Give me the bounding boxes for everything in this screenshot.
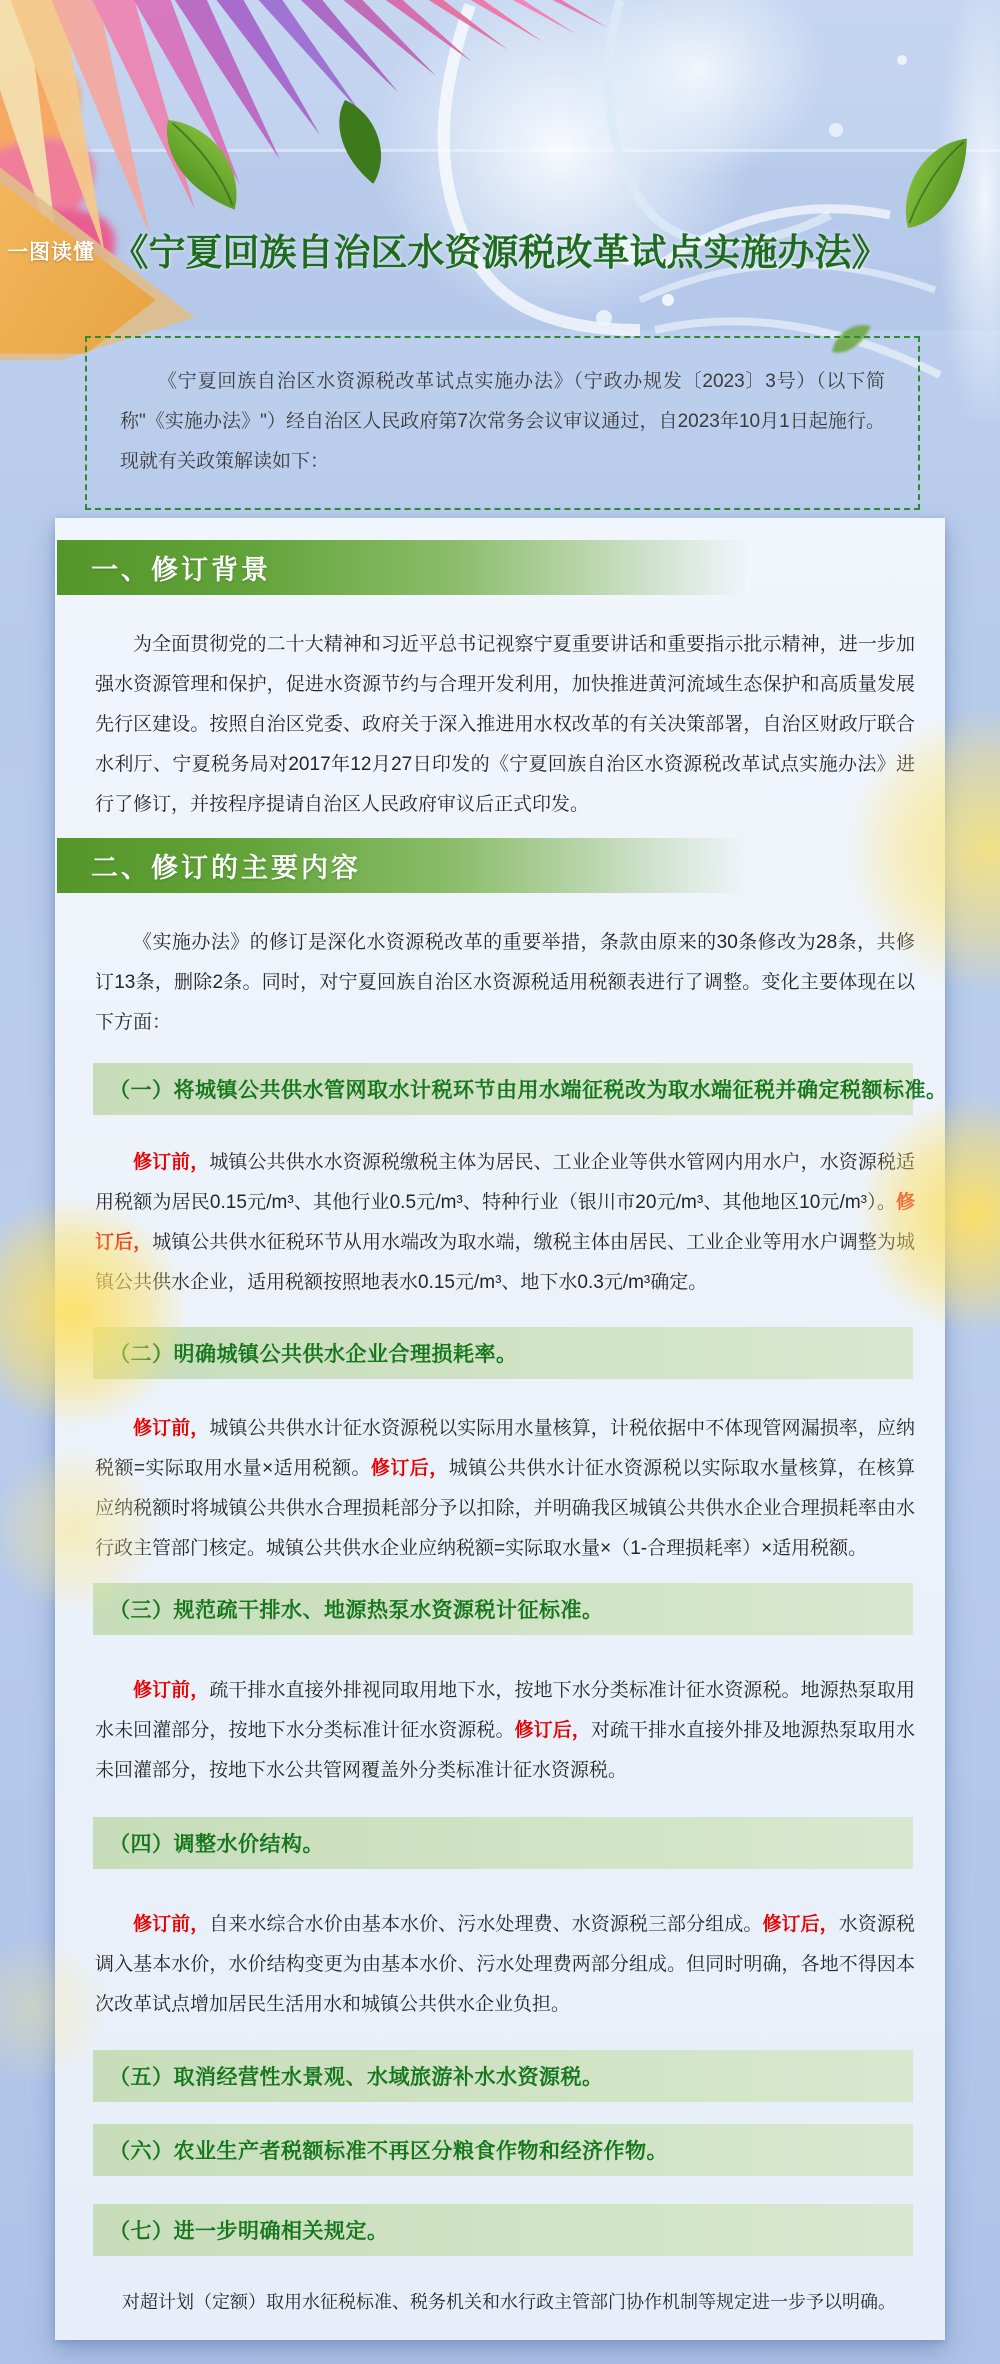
subsection-4-heading-bar: （四）调整水价结构。 xyxy=(93,1817,913,1869)
before-revision-label: 修订前， xyxy=(133,1152,209,1173)
subsection-5-heading-bar: （五）取消经营性水景观、水域旅游补水水资源税。 xyxy=(93,2050,913,2102)
after-revision-label: 修订后， xyxy=(762,1914,838,1935)
subsection-3-paragraph: 修订前，疏干排水直接外排视同取用地下水，按地下水分类标准计征水资源税。地源热泵取… xyxy=(95,1671,915,1791)
header-banner: 一图读懂 《宁夏回族自治区水资源税改革试点实施办法》 xyxy=(0,0,1000,330)
subsection-5-heading: （五）取消经营性水景观、水域旅游补水水资源税。 xyxy=(109,2061,604,2091)
section-2-paragraph: 《实施办法》的修订是深化水资源税改革的重要举措，条款由原来的30条修改为28条，… xyxy=(95,923,915,1043)
subsection-4-paragraph: 修订前，自来水综合水价由基本水价、污水处理费、水资源税三部分组成。修订后，水资源… xyxy=(95,1905,915,2025)
before-revision-text: 自来水综合水价由基本水价、污水处理费、水资源税三部分组成。 xyxy=(209,1914,762,1935)
subsection-1-paragraph: 修订前，城镇公共供水水资源税缴税主体为居民、工业企业等供水管网内用水户，水资源税… xyxy=(95,1143,915,1303)
leaf-icon xyxy=(335,95,387,188)
section-1-heading: 一、修订背景 xyxy=(91,548,271,587)
before-revision-label: 修订前， xyxy=(133,1418,209,1439)
subsection-7-heading: （七）进一步明确相关规定。 xyxy=(109,2215,389,2245)
subsection-7-paragraph: 对超计划（定额）取用水征税标准、税务机关和水行政主管部门协作机制等规定进一步予以… xyxy=(95,2282,915,2322)
intro-box: 《宁夏回族自治区水资源税改革试点实施办法》（宁政办规发〔2023〕3号）（以下简… xyxy=(85,336,920,510)
subsection-2-paragraph: 修订前，城镇公共供水计征水资源税以实际用水量核算，计税依据中不体现管网漏损率，应… xyxy=(95,1409,915,1569)
infographic-page: 一图读懂 《宁夏回族自治区水资源税改革试点实施办法》 《宁夏回族自治区水资源税改… xyxy=(0,0,1000,2364)
before-revision-label: 修订前， xyxy=(133,1914,209,1935)
before-revision-label: 修订前， xyxy=(133,1680,209,1701)
ribbon-label: 一图读懂 xyxy=(7,236,95,266)
leaf-icon xyxy=(884,128,988,237)
read-in-one-image-ribbon: 一图读懂 xyxy=(0,146,205,360)
subsection-1-heading: （一）将城镇公共供水管网取水计税环节由用水端征税改为取水端征税并确定税额标准。 xyxy=(109,1074,948,1104)
section-2-heading: 二、修订的主要内容 xyxy=(91,846,361,885)
subsection-7-heading-bar: （七）进一步明确相关规定。 xyxy=(93,2204,913,2256)
after-revision-label: 修订后， xyxy=(515,1720,591,1741)
after-revision-label: 修订后， xyxy=(371,1458,449,1479)
subsection-3-heading: （三）规范疏干排水、地源热泵水资源税计征标准。 xyxy=(109,1594,604,1624)
subsection-2-heading: （二）明确城镇公共供水企业合理损耗率。 xyxy=(109,1338,518,1368)
subsection-2-heading-bar: （二）明确城镇公共供水企业合理损耗率。 xyxy=(93,1327,913,1379)
after-revision-text: 城镇公共供水征税环节从用水端改为取水端，缴税主体由居民、工业企业等用水户调整为城… xyxy=(95,1232,915,1293)
section-1-paragraph: 为全面贯彻党的二十大精神和习近平总书记视察宁夏重要讲话和重要指示批示精神，进一步… xyxy=(95,625,915,825)
teal-triangle-decor xyxy=(0,30,48,100)
subsection-4-heading: （四）调整水价结构。 xyxy=(109,1828,324,1858)
intro-text: 《宁夏回族自治区水资源税改革试点实施办法》（宁政办规发〔2023〕3号）（以下简… xyxy=(120,362,885,482)
subsection-6-heading-bar: （六）农业生产者税额标准不再区分粮食作物和经济作物。 xyxy=(93,2124,913,2176)
subsection-6-heading: （六）农业生产者税额标准不再区分粮食作物和经济作物。 xyxy=(109,2135,668,2165)
section-2-heading-bar: 二、修订的主要内容 xyxy=(57,838,943,893)
content-panel: 一、修订背景 为全面贯彻党的二十大精神和习近平总书记视察宁夏重要讲话和重要指示批… xyxy=(55,518,945,2340)
before-revision-text: 城镇公共供水水资源税缴税主体为居民、工业企业等供水管网内用水户，水资源税适用税额… xyxy=(95,1152,915,1213)
subsection-1-heading-bar: （一）将城镇公共供水管网取水计税环节由用水端征税改为取水端征税并确定税额标准。 xyxy=(93,1063,913,1115)
subsection-3-heading-bar: （三）规范疏干排水、地源热泵水资源税计征标准。 xyxy=(93,1583,913,1635)
section-1-heading-bar: 一、修订背景 xyxy=(57,540,943,595)
